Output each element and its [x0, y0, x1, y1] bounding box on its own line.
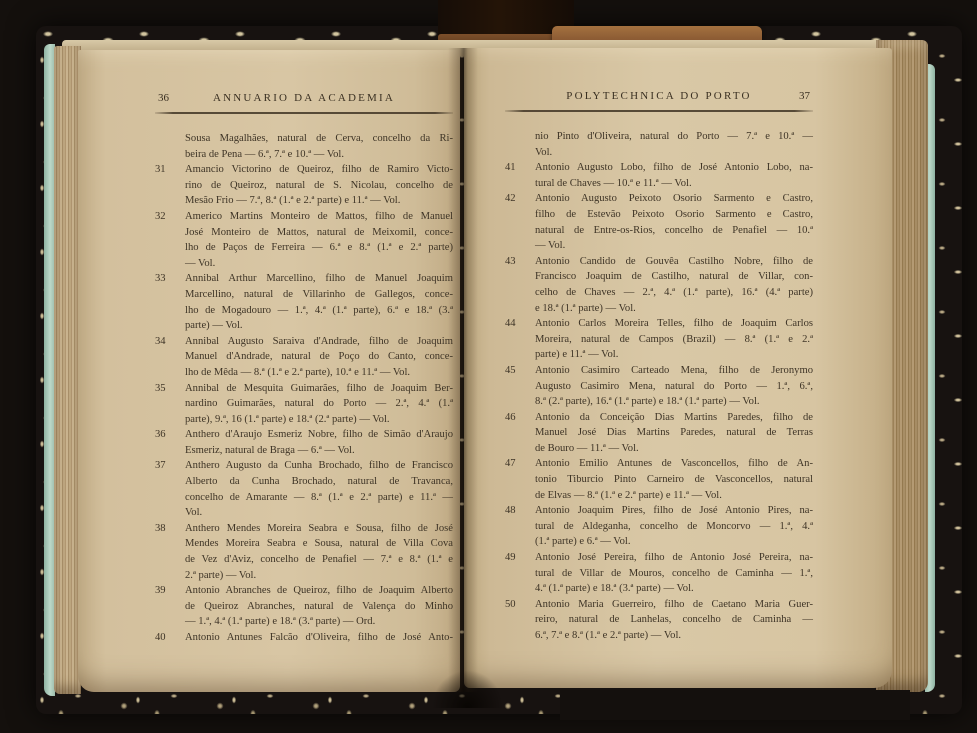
entry-number: [155, 443, 185, 459]
entry-number: [155, 225, 185, 241]
text-line: Manuel d'Andrade, natural de Poço do Can…: [155, 349, 453, 365]
entry-text: parte) e 11.ª — Vol.: [535, 347, 813, 363]
entry-number: [505, 129, 535, 145]
entry-number: 49: [505, 550, 535, 566]
text-line: 38 Anthero Mendes Moreira Seabra e Sousa…: [155, 521, 453, 537]
entry-number: 39: [155, 583, 185, 599]
running-title-right: POLYTECHNICA DO PORTO: [505, 90, 813, 102]
entry-number: 44: [505, 316, 535, 332]
text-line: 40 Antonio Antunes Falcão d'Oliveira, fi…: [155, 630, 453, 646]
entry-number: [155, 474, 185, 490]
text-line: Francisco Joaquim de Castilho, natural d…: [505, 269, 813, 285]
text-line: Sousa Magalhães, natural de Cerva, conce…: [155, 131, 453, 147]
entry-text: concelho de Amarante — 8.ª (1.ª e 2.ª pa…: [185, 490, 453, 506]
text-line: 46 Antonio da Conceição Dias Martins Par…: [505, 410, 813, 426]
entry-text: de Queiroz Abranches, natural de Valença…: [185, 599, 453, 615]
entry-number: [505, 301, 535, 317]
entry-text: Mendes Moreira Seabra e Sousa, natural d…: [185, 536, 453, 552]
entry-number: [505, 612, 535, 628]
text-line: 50 Antonio Maria Guerreiro, filho de Cae…: [505, 597, 813, 613]
entry-text: Antonio Candido de Gouvêa Castilho Nobre…: [535, 254, 813, 270]
entry-text: Annibal Augusto Saraiva d'Andrade, filho…: [185, 334, 453, 350]
entry-number: [505, 269, 535, 285]
entry-number: 31: [155, 162, 185, 178]
text-line: 48 Antonio Joaquim Pires, filho de José …: [505, 503, 813, 519]
entry-number: [505, 394, 535, 410]
page-number-left: 36: [158, 92, 169, 104]
text-line: natural de Entre-os-Rios, concelho de Pe…: [505, 223, 813, 239]
text-line: 43 Antonio Candido de Gouvêa Castilho No…: [505, 254, 813, 270]
entry-number: 37: [155, 458, 185, 474]
text-line: beira de Pena — 6.ª, 7.ª e 10.ª — Vol.: [155, 147, 453, 163]
entry-number: [155, 240, 185, 256]
text-line: 8.ª (2.ª parte), 16.ª (1.ª parte) e 18.ª…: [505, 394, 813, 410]
entry-text: Francisco Joaquim de Castilho, natural d…: [535, 269, 813, 285]
entry-number: [505, 207, 535, 223]
entry-number: [155, 365, 185, 381]
left-page-header: 36 ANNUARIO DA ACADEMIA: [155, 92, 453, 108]
entry-text: Anthero Augusto da Cunha Brochado, filho…: [185, 458, 453, 474]
entry-text: Annibal de Mesquita Guimarães, filho de …: [185, 381, 453, 397]
entry-number: [505, 285, 535, 301]
entry-number: [155, 147, 185, 163]
entry-number: 48: [505, 503, 535, 519]
entry-text: — 1.ª, 4.ª (1.ª parte) e 18.ª (3.ª parte…: [185, 614, 453, 630]
text-line: Alberto da Cunha Brochado, natural de Tr…: [155, 474, 453, 490]
text-line: José Monteiro de Mattos, natural de Meix…: [155, 225, 453, 241]
text-line: 47 Antonio Emilio Antunes de Vasconcello…: [505, 456, 813, 472]
text-line: tural de Villar de Mouros, concelho de C…: [505, 566, 813, 582]
text-line: 42 Antonio Augusto Peixoto Osorio Sarmen…: [505, 191, 813, 207]
page-number-right: 37: [799, 90, 810, 102]
entry-text: beira de Pena — 6.ª, 7.ª e 10.ª — Vol.: [185, 147, 453, 163]
text-line: nio Pinto d'Oliveira, natural do Porto —…: [505, 129, 813, 145]
entry-number: [155, 193, 185, 209]
entry-text: — Vol.: [185, 256, 453, 272]
entry-text: celho de Chaves — 2.ª, 4.ª (1.ª parte), …: [535, 285, 813, 301]
entries-right: nio Pinto d'Oliveira, natural do Porto —…: [505, 129, 813, 644]
entry-text: 8.ª (2.ª parte), 16.ª (1.ª parte) e 18.ª…: [535, 394, 813, 410]
text-line: reiro, natural de Lanhelas, concelho de …: [505, 612, 813, 628]
page-edges-left: [54, 46, 81, 694]
entry-number: [505, 566, 535, 582]
text-line: lho de Mogadouro — 1.ª, 4.ª (1.ª parte),…: [155, 303, 453, 319]
entry-number: [155, 614, 185, 630]
entry-number: 47: [505, 456, 535, 472]
entry-text: tural de Aldeganha, concelho de Moncorvo…: [535, 519, 813, 535]
entry-number: [505, 332, 535, 348]
left-page: 36 ANNUARIO DA ACADEMIA Sousa Magalhães,…: [78, 50, 460, 692]
entry-text: Manuel d'Andrade, natural de Poço do Can…: [185, 349, 453, 365]
entry-number: [505, 581, 535, 597]
entry-number: [155, 318, 185, 334]
text-line: lho de Paços de Ferreira — 6.ª e 8.ª (1.…: [155, 240, 453, 256]
entry-text: Esmeriz, natural de Braga — 6.ª — Vol.: [185, 443, 453, 459]
entry-number: 46: [505, 410, 535, 426]
text-line: concelho de Amarante — 8.ª (1.ª e 2.ª pa…: [155, 490, 453, 506]
entry-number: 38: [155, 521, 185, 537]
text-line: 39 Antonio Abranches de Queiroz, filho d…: [155, 583, 453, 599]
bottom-shadow: [560, 690, 910, 720]
entry-text: Antonio Antunes Falcão d'Oliveira, filho…: [185, 630, 453, 646]
entry-number: 35: [155, 381, 185, 397]
entry-text: Manuel José Dias Martins Paredes, natura…: [535, 425, 813, 441]
entry-number: [505, 145, 535, 161]
text-line: 2.ª parte) — Vol.: [155, 568, 453, 584]
entry-text: tonio Tiburcio Pinto Carneiro de Vasconc…: [535, 472, 813, 488]
entry-text: Antonio Abranches de Queiroz, filho de J…: [185, 583, 453, 599]
entry-number: [505, 472, 535, 488]
entry-number: 43: [505, 254, 535, 270]
entry-text: lho de Paços de Ferreira — 6.ª e 8.ª (1.…: [185, 240, 453, 256]
entry-text: Antonio Augusto Lobo, filho de José Anto…: [535, 160, 813, 176]
text-line: de Elvas — 8.ª (1.ª e 2.ª parte) e 11.ª …: [505, 488, 813, 504]
entry-number: 36: [155, 427, 185, 443]
entry-text: Amancio Victorino de Queiroz, filho de R…: [185, 162, 453, 178]
text-line: 34 Annibal Augusto Saraiva d'Andrade, fi…: [155, 334, 453, 350]
text-line: e 18.ª (1.ª parte) — Vol.: [505, 301, 813, 317]
entry-text: parte) — Vol.: [185, 318, 453, 334]
entry-number: [505, 223, 535, 239]
entry-text: parte), 9.ª, 16 (1.ª parte) e 18.ª (2.ª …: [185, 412, 453, 428]
text-line: Mesão Frio — 7.ª, 8.ª (1.ª e 2.ª parte) …: [155, 193, 453, 209]
text-line: 45 Antonio Casimiro Carteado Mena, filho…: [505, 363, 813, 379]
text-line: 36 Anthero d'Araujo Esmeriz Nobre, filho…: [155, 427, 453, 443]
entry-number: [155, 396, 185, 412]
entry-text: Antonio da Conceição Dias Martins Parede…: [535, 410, 813, 426]
text-line: filho de Estevão Peixoto Osorio Sarmento…: [505, 207, 813, 223]
text-line: nardino Guimarães, natural do Porto — 2.…: [155, 396, 453, 412]
text-line: 37 Anthero Augusto da Cunha Brochado, fi…: [155, 458, 453, 474]
entry-text: Mesão Frio — 7.ª, 8.ª (1.ª e 2.ª parte) …: [185, 193, 453, 209]
entry-text: Marcellino, natural de Villarinho de Gal…: [185, 287, 453, 303]
entry-number: [155, 412, 185, 428]
text-line: Manuel José Dias Martins Paredes, natura…: [505, 425, 813, 441]
entry-number: [505, 347, 535, 363]
text-line: 31 Amancio Victorino de Queiroz, filho d…: [155, 162, 453, 178]
text-line: Vol.: [155, 505, 453, 521]
running-title-left: ANNUARIO DA ACADEMIA: [155, 92, 453, 104]
text-line: 4.ª (1.ª parte) e 18.ª (3.ª parte) — Vol…: [505, 581, 813, 597]
text-line: de Bouro — 11.ª — Vol.: [505, 441, 813, 457]
entry-text: filho de Estevão Peixoto Osorio Sarmento…: [535, 207, 813, 223]
text-line: parte), 9.ª, 16 (1.ª parte) e 18.ª (2.ª …: [155, 412, 453, 428]
photo-background: 36 ANNUARIO DA ACADEMIA Sousa Magalhães,…: [0, 0, 977, 733]
entry-number: [505, 379, 535, 395]
text-line: Esmeriz, natural de Braga — 6.ª — Vol.: [155, 443, 453, 459]
entry-number: [155, 131, 185, 147]
text-line: 32 Americo Martins Monteiro de Mattos, f…: [155, 209, 453, 225]
text-line: (1.ª parte) e 6.ª — Vol.: [505, 534, 813, 550]
text-line: — Vol.: [155, 256, 453, 272]
text-line: 33 Annibal Arthur Marcellino, filho de M…: [155, 271, 453, 287]
text-line: 44 Antonio Carlos Moreira Telles, filho …: [505, 316, 813, 332]
entry-text: — Vol.: [535, 238, 813, 254]
text-line: rino de Queiroz, natural de S. Nicolau, …: [155, 178, 453, 194]
text-line: celho de Chaves — 2.ª, 4.ª (1.ª parte), …: [505, 285, 813, 301]
entry-number: [505, 519, 535, 535]
entry-text: nio Pinto d'Oliveira, natural do Porto —…: [535, 129, 813, 145]
entry-text: Antonio Augusto Peixoto Osorio Sarmento …: [535, 191, 813, 207]
text-line: Mendes Moreira Seabra e Sousa, natural d…: [155, 536, 453, 552]
header-rule-right: [505, 110, 813, 112]
text-line: 35 Annibal de Mesquita Guimarães, filho …: [155, 381, 453, 397]
text-line: Augusto Casimiro Mena, natural do Porto …: [505, 379, 813, 395]
entry-text: 2.ª parte) — Vol.: [185, 568, 453, 584]
entry-number: [155, 349, 185, 365]
entry-number: [505, 441, 535, 457]
text-line: — 1.ª, 4.ª (1.ª parte) e 18.ª (3.ª parte…: [155, 614, 453, 630]
entry-text: Anthero d'Araujo Esmeriz Nobre, filho de…: [185, 427, 453, 443]
entry-number: [155, 599, 185, 615]
text-line: de Queiroz Abranches, natural de Valença…: [155, 599, 453, 615]
entry-number: [505, 425, 535, 441]
entry-text: tural de Chaves — 10.ª e 11.ª — Vol.: [535, 176, 813, 192]
entry-number: [155, 505, 185, 521]
entry-number: [155, 536, 185, 552]
entry-number: 41: [505, 160, 535, 176]
entry-text: Antonio Maria Guerreiro, filho de Caetan…: [535, 597, 813, 613]
right-page-header: POLYTECHNICA DO PORTO 37: [505, 90, 813, 106]
entry-number: 42: [505, 191, 535, 207]
right-page-content: POLYTECHNICA DO PORTO 37 nio Pinto d'Oli…: [505, 90, 813, 644]
entry-text: lho de Mogadouro — 1.ª, 4.ª (1.ª parte),…: [185, 303, 453, 319]
entry-text: de Elvas — 8.ª (1.ª e 2.ª parte) e 11.ª …: [535, 488, 813, 504]
entry-text: tural de Villar de Mouros, concelho de C…: [535, 566, 813, 582]
text-line: parte) e 11.ª — Vol.: [505, 347, 813, 363]
entry-text: nardino Guimarães, natural do Porto — 2.…: [185, 396, 453, 412]
entry-text: Antonio Joaquim Pires, filho de José Ant…: [535, 503, 813, 519]
text-line: 41 Antonio Augusto Lobo, filho de José A…: [505, 160, 813, 176]
right-page: POLYTECHNICA DO PORTO 37 nio Pinto d'Oli…: [464, 48, 892, 688]
entry-number: [505, 488, 535, 504]
entry-number: 45: [505, 363, 535, 379]
text-line: 49 Antonio José Pereira, filho de Antoni…: [505, 550, 813, 566]
entry-number: 32: [155, 209, 185, 225]
text-line: Moreira, natural de Campos (Brazil) — 8.…: [505, 332, 813, 348]
entry-text: reiro, natural de Lanhelas, concelho de …: [535, 612, 813, 628]
text-line: Vol.: [505, 145, 813, 161]
entry-text: natural de Entre-os-Rios, concelho de Pe…: [535, 223, 813, 239]
entry-text: Sousa Magalhães, natural de Cerva, conce…: [185, 131, 453, 147]
entry-text: Antonio Casimiro Carteado Mena, filho de…: [535, 363, 813, 379]
left-page-content: 36 ANNUARIO DA ACADEMIA Sousa Magalhães,…: [155, 92, 453, 646]
entry-number: [155, 256, 185, 272]
text-line: parte) — Vol.: [155, 318, 453, 334]
entry-text: Americo Martins Monteiro de Mattos, filh…: [185, 209, 453, 225]
entry-number: 33: [155, 271, 185, 287]
text-line: tonio Tiburcio Pinto Carneiro de Vasconc…: [505, 472, 813, 488]
text-line: 6.ª, 7.ª e 8.ª (1.ª e 2.ª parte) — Vol.: [505, 628, 813, 644]
entry-text: 6.ª, 7.ª e 8.ª (1.ª e 2.ª parte) — Vol.: [535, 628, 813, 644]
entry-text: José Monteiro de Mattos, natural de Meix…: [185, 225, 453, 241]
entry-text: 4.ª (1.ª parte) e 18.ª (3.ª parte) — Vol…: [535, 581, 813, 597]
entry-text: e 18.ª (1.ª parte) — Vol.: [535, 301, 813, 317]
text-line: tural de Chaves — 10.ª e 11.ª — Vol.: [505, 176, 813, 192]
text-line: lho de Mêda — 8.ª (1.ª e 2.ª parte), 10.…: [155, 365, 453, 381]
text-line: de Vez d'Aviz, concelho de Penafiel — 7.…: [155, 552, 453, 568]
entry-number: [155, 303, 185, 319]
entry-text: Annibal Arthur Marcellino, filho de Manu…: [185, 271, 453, 287]
entry-number: 40: [155, 630, 185, 646]
entry-text: de Vez d'Aviz, concelho de Penafiel — 7.…: [185, 552, 453, 568]
entries-left: Sousa Magalhães, natural de Cerva, conce…: [155, 131, 453, 646]
entry-text: (1.ª parte) e 6.ª — Vol.: [535, 534, 813, 550]
text-line: — Vol.: [505, 238, 813, 254]
entry-number: [155, 552, 185, 568]
entry-number: 34: [155, 334, 185, 350]
entry-text: Antonio José Pereira, filho de Antonio J…: [535, 550, 813, 566]
entry-text: rino de Queiroz, natural de S. Nicolau, …: [185, 178, 453, 194]
entry-text: Vol.: [185, 505, 453, 521]
entry-text: Augusto Casimiro Mena, natural do Porto …: [535, 379, 813, 395]
entry-number: [505, 628, 535, 644]
text-line: Marcellino, natural de Villarinho de Gal…: [155, 287, 453, 303]
entry-text: Anthero Mendes Moreira Seabra e Sousa, f…: [185, 521, 453, 537]
entry-number: [505, 534, 535, 550]
text-line: tural de Aldeganha, concelho de Moncorvo…: [505, 519, 813, 535]
entry-number: [155, 178, 185, 194]
entry-text: lho de Mêda — 8.ª (1.ª e 2.ª parte), 10.…: [185, 365, 453, 381]
entry-number: [155, 287, 185, 303]
entry-number: 50: [505, 597, 535, 613]
entry-number: [155, 568, 185, 584]
entry-number: [505, 238, 535, 254]
entry-text: de Bouro — 11.ª — Vol.: [535, 441, 813, 457]
header-rule-left: [155, 112, 453, 114]
entry-number: [505, 176, 535, 192]
entry-text: Moreira, natural de Campos (Brazil) — 8.…: [535, 332, 813, 348]
entry-number: [155, 490, 185, 506]
entry-text: Vol.: [535, 145, 813, 161]
entry-text: Antonio Emilio Antunes de Vasconcellos, …: [535, 456, 813, 472]
entry-text: Alberto da Cunha Brochado, natural de Tr…: [185, 474, 453, 490]
entry-text: Antonio Carlos Moreira Telles, filho de …: [535, 316, 813, 332]
